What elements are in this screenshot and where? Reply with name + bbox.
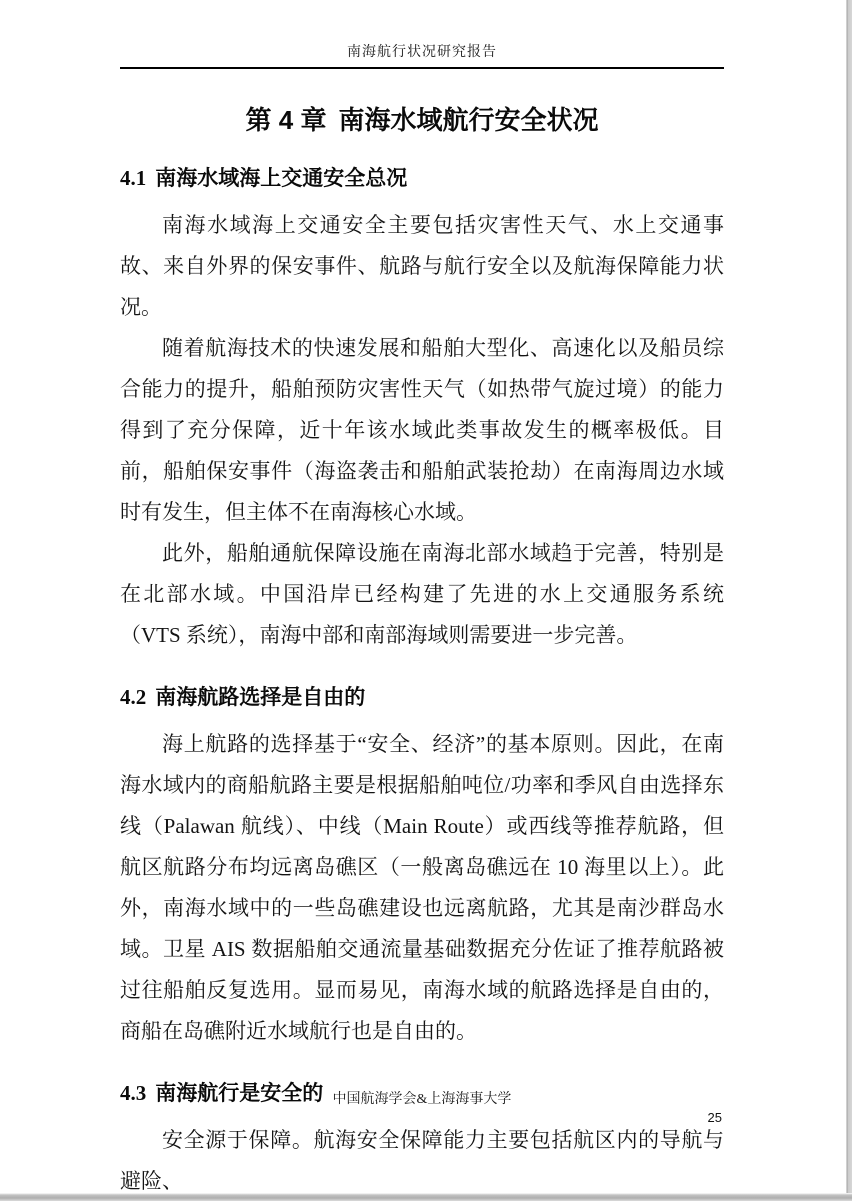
paragraph: 海上航路的选择基于“安全、经济”的基本原则。因此，在南海水域内的商船航路主要是根… bbox=[120, 724, 724, 1052]
chapter-title-text: 南海水域航行安全状况 bbox=[338, 105, 598, 135]
chapter-title: 第 4 章南海水域航行安全状况 bbox=[120, 100, 724, 137]
document-page: 南海航行状况研究报告 第 4 章南海水域航行安全状况 4.1南海水域海上交通安全… bbox=[0, 0, 852, 1201]
footer-organization: 中国航海学会&上海海事大学 bbox=[120, 1088, 724, 1108]
paragraph: 安全源于保障。航海安全保障能力主要包括航区内的导航与避险、 bbox=[120, 1120, 724, 1201]
section-title: 南海航路选择是自由的 bbox=[155, 686, 365, 709]
running-header: 南海航行状况研究报告 bbox=[120, 0, 724, 61]
chapter-number: 第 4 章 bbox=[246, 105, 327, 135]
section-heading-4-1: 4.1南海水域海上交通安全总况 bbox=[120, 162, 724, 192]
page-edge-bottom-shadow bbox=[0, 1193, 852, 1201]
section-4-2: 4.2南海航路选择是自由的 海上航路的选择基于“安全、经济”的基本原则。因此，在… bbox=[120, 681, 724, 1052]
paragraph: 随着航海技术的快速发展和船舶大型化、高速化以及船员综合能力的提升，船舶预防灾害性… bbox=[120, 328, 724, 533]
section-heading-4-2: 4.2南海航路选择是自由的 bbox=[120, 681, 724, 711]
page-edge-right-shadow bbox=[846, 0, 852, 1201]
section-title: 南海水域海上交通安全总况 bbox=[155, 167, 407, 190]
page-number: 25 bbox=[708, 1110, 722, 1125]
page-content: 南海航行状况研究报告 第 4 章南海水域航行安全状况 4.1南海水域海上交通安全… bbox=[120, 0, 724, 1201]
section-number: 4.1 bbox=[120, 166, 146, 190]
paragraph: 此外，船舶通航保障设施在南海北部水域趋于完善，特别是在北部水域。中国沿岸已经构建… bbox=[120, 533, 724, 656]
paragraph: 南海水域海上交通安全主要包括灾害性天气、水上交通事故、来自外界的保安事件、航路与… bbox=[120, 205, 724, 328]
section-number: 4.2 bbox=[120, 685, 146, 709]
header-rule bbox=[120, 67, 724, 69]
section-4-1: 4.1南海水域海上交通安全总况 南海水域海上交通安全主要包括灾害性天气、水上交通… bbox=[120, 162, 724, 656]
